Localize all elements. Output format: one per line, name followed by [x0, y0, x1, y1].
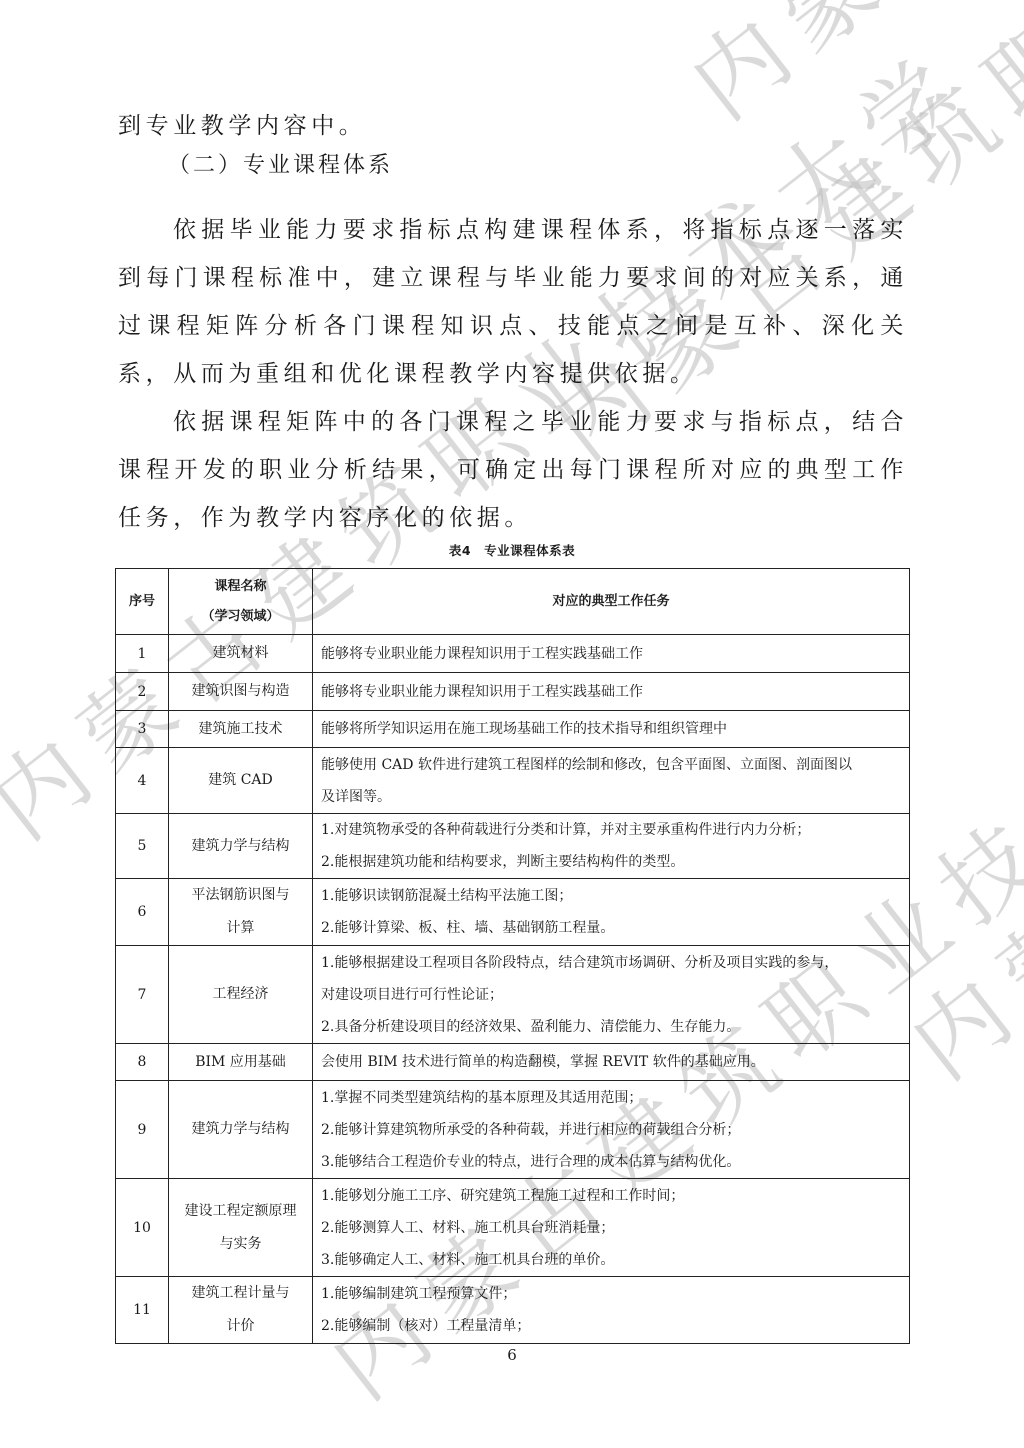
- table-caption: 表4 专业课程体系表: [0, 541, 1024, 559]
- task-line: 能够使用 CAD 软件进行建筑工程图样的绘制和修改，包含平面图、立面图、剖面图以: [321, 749, 901, 781]
- table-row: 2建筑识图与构造能够将专业职业能力课程知识用于工程实践基础工作: [116, 673, 910, 711]
- table-body: 1建筑材料能够将专业职业能力课程知识用于工程实践基础工作2建筑识图与构造能够将专…: [116, 635, 910, 1344]
- header-course-name-line1: 课程名称: [169, 572, 312, 602]
- table-row: 1建筑材料能够将专业职业能力课程知识用于工程实践基础工作: [116, 635, 910, 673]
- table-header-row: 序号 课程名称 （学习领域） 对应的典型工作任务: [116, 569, 910, 635]
- course-name-line: 建筑识图与构造: [169, 675, 312, 708]
- section-heading: （二）专业课程体系: [168, 148, 393, 179]
- course-name-line: 工程经济: [169, 978, 312, 1011]
- cell-course-name: 建筑 CAD: [169, 748, 313, 814]
- task-line: 1.对建筑物承受的各种荷载进行分类和计算，并对主要承重构件进行内力分析；: [321, 814, 901, 846]
- task-line: 1.能够识读钢筋混凝土结构平法施工图；: [321, 880, 901, 912]
- course-name-line: 建筑工程计量与: [169, 1277, 312, 1310]
- course-name-line: 计算: [169, 912, 312, 945]
- course-name-line: 计价: [169, 1310, 312, 1343]
- cell-typical-tasks: 1.能够划分施工工序、研究建筑工程施工过程和工作时间；2.能够测算人工、材料、施…: [313, 1179, 910, 1277]
- cell-no: 6: [116, 879, 169, 946]
- cell-typical-tasks: 1.能够根据建设工程项目各阶段特点，结合建筑市场调研、分析及项目实践的参与，对建…: [313, 946, 910, 1044]
- task-line: 会使用 BIM 技术进行简单的构造翻模，掌握 REVIT 软件的基础应用。: [321, 1046, 901, 1078]
- task-line: 2.能够编制（核对）工程量清单；: [321, 1310, 901, 1342]
- course-name-line: 建筑力学与结构: [169, 830, 312, 863]
- course-name-line: 建筑施工技术: [169, 713, 312, 746]
- cell-course-name: 工程经济: [169, 946, 313, 1044]
- course-name-line: BIM 应用基础: [169, 1046, 312, 1079]
- course-name-line: 建筑 CAD: [169, 764, 312, 797]
- table-row: 7工程经济1.能够根据建设工程项目各阶段特点，结合建筑市场调研、分析及项目实践的…: [116, 946, 910, 1044]
- task-line: 及详图等。: [321, 781, 901, 813]
- cell-no: 4: [116, 748, 169, 814]
- cell-no: 5: [116, 814, 169, 879]
- continuation-text: 到专业教学内容中。: [118, 102, 908, 150]
- course-name-line: 建筑力学与结构: [169, 1113, 312, 1146]
- cell-course-name: 建筑力学与结构: [169, 1081, 313, 1179]
- cell-typical-tasks: 能够将所学知识运用在施工现场基础工作的技术指导和组织管理中: [313, 711, 910, 748]
- task-line: 2.能够计算梁、板、柱、墙、基础钢筋工程量。: [321, 912, 901, 944]
- table-row: 8BIM 应用基础会使用 BIM 技术进行简单的构造翻模，掌握 REVIT 软件…: [116, 1044, 910, 1081]
- cell-typical-tasks: 能够使用 CAD 软件进行建筑工程图样的绘制和修改，包含平面图、立面图、剖面图以…: [313, 748, 910, 814]
- cell-typical-tasks: 1.掌握不同类型建筑结构的基本原理及其适用范围；2.能够计算建筑物所承受的各种荷…: [313, 1081, 910, 1179]
- task-line: 3.能够结合工程造价专业的特点，进行合理的成本估算与结构优化。: [321, 1146, 901, 1178]
- task-line: 1.能够根据建设工程项目各阶段特点，结合建筑市场调研、分析及项目实践的参与，: [321, 947, 901, 979]
- task-line: 对建设项目进行可行性论证；: [321, 979, 901, 1011]
- header-course-name: 课程名称 （学习领域）: [169, 569, 313, 635]
- cell-no: 10: [116, 1179, 169, 1277]
- task-line: 能够将所学知识运用在施工现场基础工作的技术指导和组织管理中: [321, 713, 901, 745]
- cell-no: 8: [116, 1044, 169, 1081]
- course-system-table: 序号 课程名称 （学习领域） 对应的典型工作任务 1建筑材料能够将专业职业能力课…: [115, 568, 910, 1344]
- cell-typical-tasks: 会使用 BIM 技术进行简单的构造翻模，掌握 REVIT 软件的基础应用。: [313, 1044, 910, 1081]
- table-row: 4建筑 CAD能够使用 CAD 软件进行建筑工程图样的绘制和修改，包含平面图、立…: [116, 748, 910, 814]
- cell-no: 9: [116, 1081, 169, 1179]
- page-number: 6: [0, 1346, 1024, 1364]
- task-line: 能够将专业职业能力课程知识用于工程实践基础工作: [321, 676, 901, 708]
- task-line: 能够将专业职业能力课程知识用于工程实践基础工作: [321, 638, 901, 670]
- task-line: 1.掌握不同类型建筑结构的基本原理及其适用范围；: [321, 1082, 901, 1114]
- table-row: 9建筑力学与结构1.掌握不同类型建筑结构的基本原理及其适用范围；2.能够计算建筑…: [116, 1081, 910, 1179]
- course-name-line: 建设工程定额原理: [169, 1195, 312, 1228]
- cell-typical-tasks: 1.能够识读钢筋混凝土结构平法施工图；2.能够计算梁、板、柱、墙、基础钢筋工程量…: [313, 879, 910, 946]
- cell-typical-tasks: 1.能够编制建筑工程预算文件；2.能够编制（核对）工程量清单；: [313, 1277, 910, 1344]
- task-line: 2.能够计算建筑物所承受的各种荷载，并进行相应的荷载组合分析；: [321, 1114, 901, 1146]
- cell-no: 2: [116, 673, 169, 711]
- course-name-line: 与实务: [169, 1228, 312, 1261]
- cell-no: 7: [116, 946, 169, 1044]
- cell-no: 1: [116, 635, 169, 673]
- cell-course-name: 建筑识图与构造: [169, 673, 313, 711]
- cell-no: 3: [116, 711, 169, 748]
- course-name-line: 建筑材料: [169, 637, 312, 670]
- cell-course-name: 建筑施工技术: [169, 711, 313, 748]
- cell-course-name: 建筑力学与结构: [169, 814, 313, 879]
- table-row: 3建筑施工技术能够将所学知识运用在施工现场基础工作的技术指导和组织管理中: [116, 711, 910, 748]
- task-line: 1.能够编制建筑工程预算文件；: [321, 1278, 901, 1310]
- cell-typical-tasks: 能够将专业职业能力课程知识用于工程实践基础工作: [313, 673, 910, 711]
- table-row: 6平法钢筋识图与计算1.能够识读钢筋混凝土结构平法施工图；2.能够计算梁、板、柱…: [116, 879, 910, 946]
- header-no: 序号: [116, 569, 169, 635]
- paragraph-2: 依据课程矩阵中的各门课程之毕业能力要求与指标点，结合课程开发的职业分析结果，可确…: [118, 398, 908, 542]
- cell-typical-tasks: 能够将专业职业能力课程知识用于工程实践基础工作: [313, 635, 910, 673]
- cell-course-name: BIM 应用基础: [169, 1044, 313, 1081]
- course-name-line: 平法钢筋识图与: [169, 879, 312, 912]
- task-line: 2.具备分析建设项目的经济效果、盈利能力、清偿能力、生存能力。: [321, 1011, 901, 1043]
- header-tasks: 对应的典型工作任务: [313, 569, 910, 635]
- table-row: 11建筑工程计量与计价1.能够编制建筑工程预算文件；2.能够编制（核对）工程量清…: [116, 1277, 910, 1344]
- table-row: 5建筑力学与结构1.对建筑物承受的各种荷载进行分类和计算，并对主要承重构件进行内…: [116, 814, 910, 879]
- header-course-name-line2: （学习领域）: [169, 602, 312, 632]
- task-line: 1.能够划分施工工序、研究建筑工程施工过程和工作时间；: [321, 1180, 901, 1212]
- cell-course-name: 平法钢筋识图与计算: [169, 879, 313, 946]
- cell-course-name: 建设工程定额原理与实务: [169, 1179, 313, 1277]
- document-page: 内蒙古建筑职业技术大学 内蒙古建筑职业技术大学 内蒙古建筑职业技术大学 内蒙古建…: [0, 0, 1024, 1448]
- cell-course-name: 建筑工程计量与计价: [169, 1277, 313, 1344]
- task-line: 3.能够确定人工、材料、施工机具台班的单价。: [321, 1244, 901, 1276]
- cell-no: 11: [116, 1277, 169, 1344]
- task-line: 2.能够测算人工、材料、施工机具台班消耗量；: [321, 1212, 901, 1244]
- cell-course-name: 建筑材料: [169, 635, 313, 673]
- table-row: 10建设工程定额原理与实务1.能够划分施工工序、研究建筑工程施工过程和工作时间；…: [116, 1179, 910, 1277]
- task-line: 2.能根据建筑功能和结构要求，判断主要结构构件的类型。: [321, 846, 901, 878]
- paragraph-1: 依据毕业能力要求指标点构建课程体系，将指标点逐一落实到每门课程标准中，建立课程与…: [118, 206, 908, 398]
- cell-typical-tasks: 1.对建筑物承受的各种荷载进行分类和计算，并对主要承重构件进行内力分析；2.能根…: [313, 814, 910, 879]
